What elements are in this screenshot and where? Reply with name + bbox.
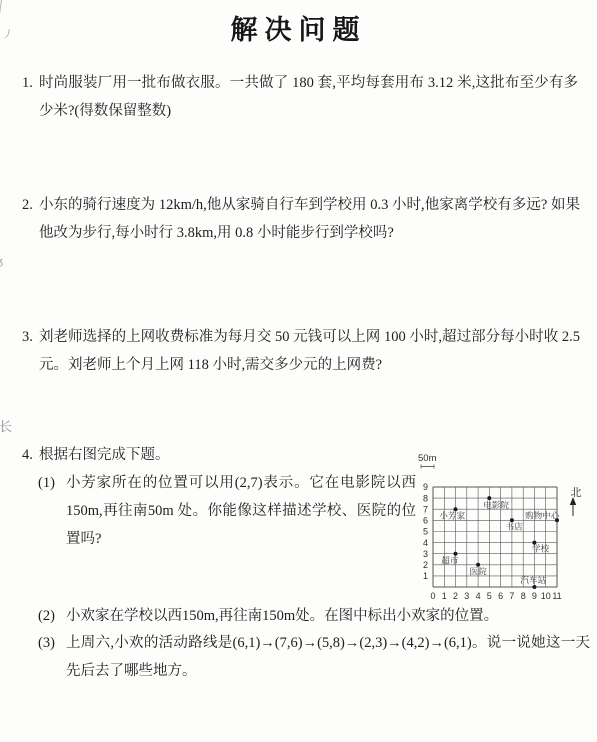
x-axis-tick: 6 xyxy=(498,591,503,601)
subitem-label: (2) xyxy=(38,602,66,630)
y-axis-tick: 9 xyxy=(423,482,428,492)
coordinate-map: 1234567890123456789101150m北小芳家电影院购物中心书店学… xyxy=(413,449,597,607)
problem-text: 刘老师选择的上网收费标准为每月交 50 元钱可以上网 100 小时,超过部分每小… xyxy=(39,324,580,379)
y-axis-tick: 5 xyxy=(423,527,428,537)
y-axis-tick: 8 xyxy=(423,493,428,503)
page-edge-artifact: 长 xyxy=(0,420,12,433)
x-axis-tick: 0 xyxy=(430,591,435,601)
subitem-label: (1) xyxy=(38,469,66,553)
problem-2: 2. 小东的骑行速度为 12km/h,他从家骑自行车到学校用 0.3 小时,他家… xyxy=(22,192,580,247)
problem-number: 4. xyxy=(22,442,39,470)
coordinate-map-svg: 1234567890123456789101150m北小芳家电影院购物中心书店学… xyxy=(413,449,597,607)
map-location-label: 超市 xyxy=(441,554,459,565)
map-location-label: 学校 xyxy=(532,543,550,554)
map-location-label: 书店 xyxy=(505,521,523,532)
problem-4-subitem-3: (3) 上周六,小欢的活动路线是(6,1)→(7,6)→(5,8)→(2,3)→… xyxy=(38,629,590,685)
page-edge-artifact: ʒ xyxy=(0,256,3,267)
subitem-text: 小欢家在学校以西150m,再往南150m处。在图中标出小欢家的位置。 xyxy=(66,602,586,630)
subitem-label: (3) xyxy=(38,629,66,685)
x-axis-tick: 5 xyxy=(487,591,492,601)
problem-text: 时尚服装厂用一批布做衣服。一共做了 180 套,平均每套用布 3.12 米,这批… xyxy=(39,70,578,125)
map-scale-bar xyxy=(421,465,434,469)
map-location-dot xyxy=(532,585,536,589)
map-location-label: 购物中心 xyxy=(525,509,560,520)
map-location-label: 医院 xyxy=(469,566,487,576)
subitem-text: 上周六,小欢的活动路线是(6,1)→(7,6)→(5,8)→(2,3)→(4,2… xyxy=(66,629,590,685)
problem-number: 1. xyxy=(22,70,39,125)
x-axis-tick: 4 xyxy=(476,591,481,601)
problem-4-subitem-2: (2) 小欢家在学校以西150m,再往南150m处。在图中标出小欢家的位置。 xyxy=(38,602,586,630)
problem-1: 1. 时尚服装厂用一批布做衣服。一共做了 180 套,平均每套用布 3.12 米… xyxy=(22,70,578,125)
worksheet-page: 丿 ʒ 长 解决问题 1. 时尚服装厂用一批布做衣服。一共做了 180 套,平均… xyxy=(0,0,597,742)
problem-text: 小东的骑行速度为 12km/h,他从家骑自行车到学校用 0.3 小时,他家离学校… xyxy=(39,192,580,247)
y-axis-tick: 2 xyxy=(423,560,428,570)
map-location-label: 电影院 xyxy=(483,499,509,510)
x-axis-tick: 11 xyxy=(552,591,561,601)
x-axis-tick: 7 xyxy=(509,591,514,601)
y-axis-tick: 1 xyxy=(423,571,428,581)
map-location-label: 小芳家 xyxy=(439,509,465,520)
x-axis-tick: 2 xyxy=(453,591,458,601)
problem-number: 3. xyxy=(22,324,39,379)
subitem-text: 小芳家所在的位置可以用(2,7)表示。它在电影院以西150m,再往南50m 处。… xyxy=(66,469,416,553)
y-axis-tick: 4 xyxy=(423,538,428,548)
y-axis-tick: 6 xyxy=(423,516,428,526)
problem-4-subitem-1: (1) 小芳家所在的位置可以用(2,7)表示。它在电影院以西150m,再往南50… xyxy=(38,469,416,553)
y-axis-tick: 7 xyxy=(423,504,428,514)
x-axis-tick: 8 xyxy=(521,591,526,601)
problem-3: 3. 刘老师选择的上网收费标准为每月交 50 元钱可以上网 100 小时,超过部… xyxy=(22,324,580,379)
map-scale-label: 50m xyxy=(418,453,437,464)
y-axis-tick: 3 xyxy=(423,549,428,559)
x-axis-tick: 3 xyxy=(464,591,469,601)
x-axis-tick: 1 xyxy=(442,591,447,601)
problem-number: 2. xyxy=(22,192,39,247)
map-location-label: 汽车站 xyxy=(520,574,546,585)
north-label: 北 xyxy=(571,486,582,499)
x-axis-tick: 9 xyxy=(532,591,537,601)
page-title: 解决问题 xyxy=(0,8,597,47)
x-axis-tick: 10 xyxy=(541,591,551,601)
